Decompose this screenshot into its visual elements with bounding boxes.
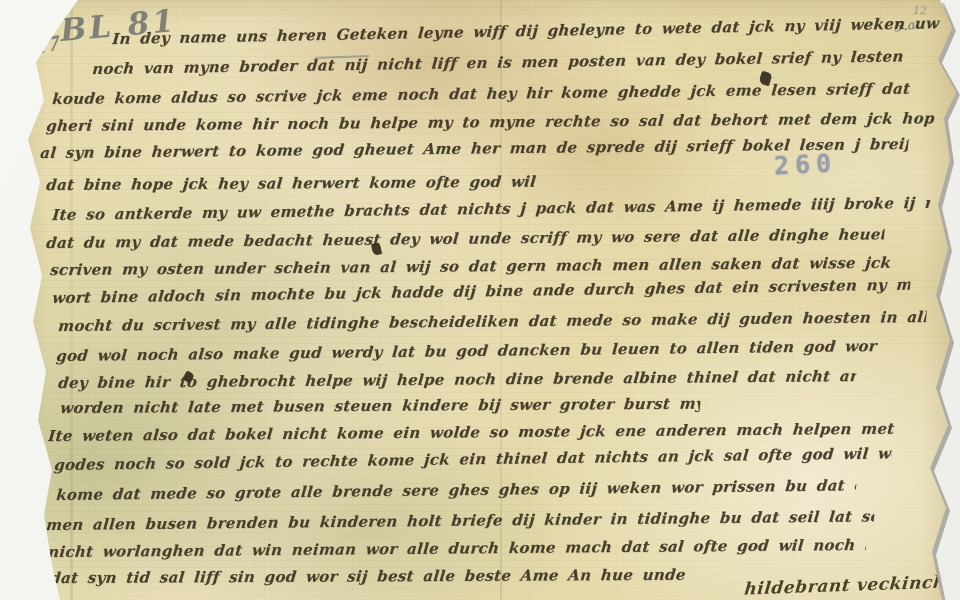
manuscript-line: dat bine hope jck hey sal herwert kome o… (45, 172, 567, 200)
manuscript-line: god wol noch also make gud werdy lat bu … (55, 337, 885, 371)
document-scan: BL 81 17 12 5.a. 260 In dey name uns her… (0, 0, 960, 600)
folio-number-annotation: 17 (31, 31, 63, 59)
manuscript-line: dat syn tid sal liff sin god wor sij bes… (49, 566, 691, 593)
manuscript-line: mocht du scrivest my alle tidinghe besch… (57, 308, 927, 341)
manuscript-line: dat du my dat mede bedacht heuest dey wo… (45, 225, 885, 258)
manuscript-line: koude kome aldus so scrive jck eme noch … (51, 79, 921, 114)
signature: hildebrant veckinchusen (743, 572, 951, 600)
manuscript-line: men allen busen brenden bu kinderen holt… (45, 507, 875, 540)
manuscript-line: nicht worlanghen dat win neiman wor alle… (47, 536, 867, 567)
manuscript-line: Ite so antkerde my uw emethe brachts dat… (51, 194, 931, 230)
manuscript-line: kome dat mede so grote alle brende sere … (55, 476, 857, 510)
manuscript-line: worden nicht late met busen steuen kinde… (59, 395, 701, 423)
manuscript-paper: BL 81 17 12 5.a. 260 In dey name uns her… (0, 0, 960, 600)
manuscript-line: dey bine hir to ghebrocht helpe wij help… (57, 367, 857, 398)
